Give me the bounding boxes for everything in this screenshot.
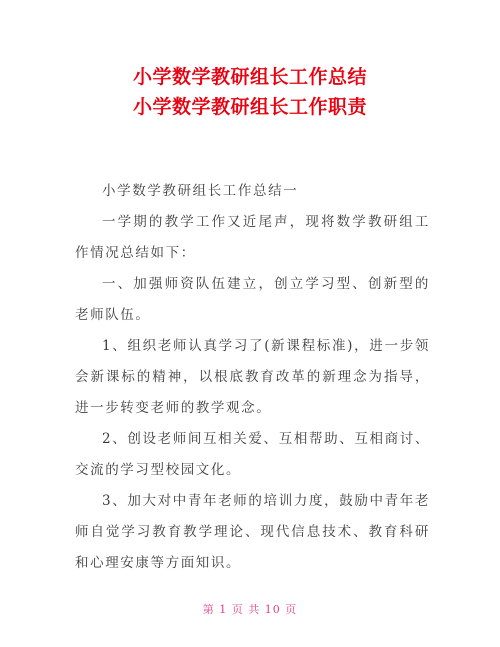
paragraph-item-1: 1、组织老师认真学习了(新课程标准)，进一步领会新课标的精神，以根底教育改革的新… [75, 331, 430, 424]
page-number-footer: 第 1 页 共 10 页 [0, 601, 500, 617]
section-heading: 小学数学教研组长工作总结一 [75, 176, 430, 207]
paragraph-item-3: 3、加大对中青年老师的培训力度，鼓励中青年老师自觉学习教育教学理论、现代信息技术… [75, 486, 430, 579]
document-page: 小学数学教研组长工作总结 小学数学教研组长工作职责 小学数学教研组长工作总结一 … [0, 0, 500, 647]
document-subtitle: 小学数学教研组长工作职责 [0, 92, 500, 119]
document-title: 小学数学教研组长工作总结 [0, 62, 500, 89]
paragraph-intro: 一学期的教学工作又近尾声，现将数学教研组工作情况总结如下： [75, 207, 430, 269]
paragraph-point-one: 一、加强师资队伍建立，创立学习型、创新型的老师队伍。 [75, 269, 430, 331]
paragraph-item-2: 2、创设老师间互相关爱、互相帮助、互相商讨、交流的学习型校园文化。 [75, 424, 430, 486]
document-body: 小学数学教研组长工作总结一 一学期的教学工作又近尾声，现将数学教研组工作情况总结… [75, 176, 430, 579]
